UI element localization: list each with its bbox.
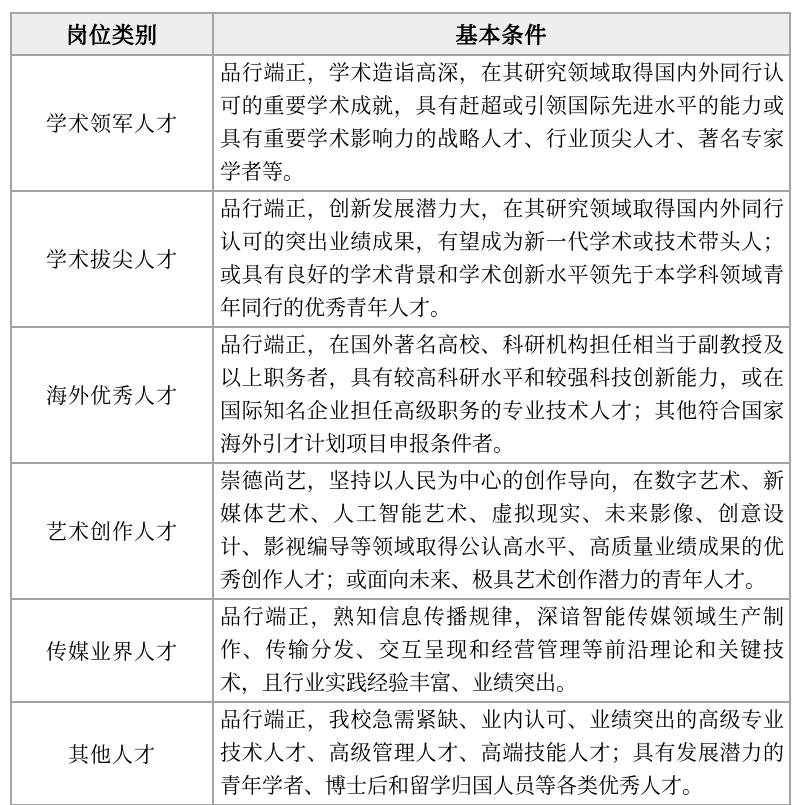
header-condition: 基本条件: [213, 13, 790, 55]
category-cell: 传媒业界人才: [11, 599, 213, 702]
talent-categories-table: 岗位类别 基本条件 学术领军人才 品行端正，学术造诣高深，在其研究领域取得国内外…: [10, 12, 791, 805]
category-cell: 学术领军人才: [11, 55, 213, 191]
document-page: 岗位类别 基本条件 学术领军人才 品行端正，学术造诣高深，在其研究领域取得国内外…: [0, 0, 799, 805]
category-cell: 海外优秀人才: [11, 327, 213, 463]
table-row: 海外优秀人才 品行端正，在国外著名高校、科研机构担任相当于副教授及以上职务者，具…: [11, 327, 790, 463]
table-row: 艺术创作人才 崇德尚艺，坚持以人民为中心的创作导向，在数字艺术、新媒体艺术、人工…: [11, 463, 790, 599]
category-cell: 学术拔尖人才: [11, 191, 213, 327]
table-row: 学术拔尖人才 品行端正，创新发展潜力大，在其研究领域取得国内外同行认可的突出业绩…: [11, 191, 790, 327]
table-row: 传媒业界人才 品行端正，熟知信息传播规律，深谙智能传媒领域生产制作、传输分发、交…: [11, 599, 790, 702]
condition-cell: 品行端正，创新发展潜力大，在其研究领域取得国内外同行认可的突出业绩成果，有望成为…: [213, 191, 790, 327]
header-category: 岗位类别: [11, 13, 213, 55]
table-row: 学术领军人才 品行端正，学术造诣高深，在其研究领域取得国内外同行认可的重要学术成…: [11, 55, 790, 191]
condition-cell: 品行端正，在国外著名高校、科研机构担任相当于副教授及以上职务者，具有较高科研水平…: [213, 327, 790, 463]
condition-cell: 品行端正，熟知信息传播规律，深谙智能传媒领域生产制作、传输分发、交互呈现和经营管…: [213, 599, 790, 702]
category-cell: 其他人才: [11, 702, 213, 805]
table-row: 其他人才 品行端正，我校急需紧缺、业内认可、业绩突出的高级专业技术人才、高级管理…: [11, 702, 790, 805]
condition-cell: 品行端正，学术造诣高深，在其研究领域取得国内外同行认可的重要学术成就，具有赶超或…: [213, 55, 790, 191]
condition-cell: 崇德尚艺，坚持以人民为中心的创作导向，在数字艺术、新媒体艺术、人工智能艺术、虚拟…: [213, 463, 790, 599]
condition-cell: 品行端正，我校急需紧缺、业内认可、业绩突出的高级专业技术人才、高级管理人才、高端…: [213, 702, 790, 805]
category-cell: 艺术创作人才: [11, 463, 213, 599]
table-header-row: 岗位类别 基本条件: [11, 13, 790, 55]
